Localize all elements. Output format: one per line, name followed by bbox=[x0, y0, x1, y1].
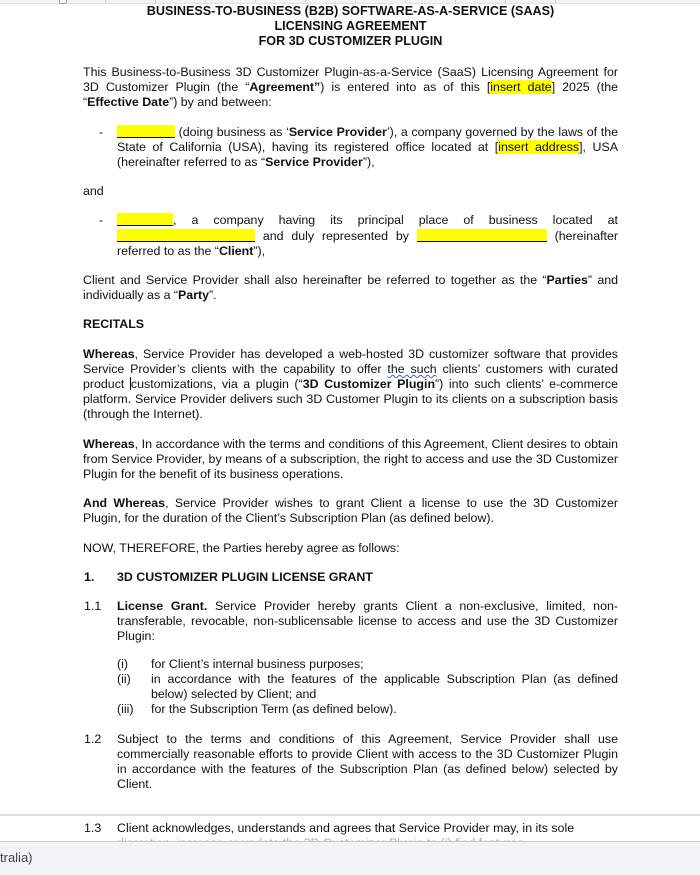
party-client: - , a company having its principal place… bbox=[83, 213, 618, 259]
defined-term: Service Provider bbox=[265, 155, 363, 169]
defined-term: Party bbox=[178, 288, 209, 302]
text: Client and Service Provider shall also h… bbox=[83, 273, 547, 287]
client-representative-blank[interactable] bbox=[417, 229, 547, 242]
title-line: LICENSING AGREEMENT bbox=[83, 19, 618, 34]
document-title: BUSINESS-TO-BUSINESS (B2B) SOFTWARE-AS-A… bbox=[83, 4, 618, 49]
recitals-heading: RECITALS bbox=[83, 317, 618, 332]
recital-lead: Whereas bbox=[83, 347, 135, 361]
ruler-tick bbox=[355, 0, 356, 3]
clause-1-1-list: (i) for Client’s internal business purpo… bbox=[83, 657, 618, 718]
provider-name-blank[interactable] bbox=[117, 125, 175, 138]
recital-lead: And Whereas bbox=[83, 496, 165, 510]
ruler-tick bbox=[555, 0, 556, 3]
section-number: 1. bbox=[84, 570, 94, 585]
clause-number: 1.2 bbox=[84, 732, 101, 747]
text: customizations, via a plugin (“ bbox=[131, 377, 303, 391]
list-item: (ii) in accordance with the features of … bbox=[117, 672, 618, 702]
clause-1-3: 1.3 Client acknowledges, understands and… bbox=[83, 821, 618, 842]
ruler-tick bbox=[255, 0, 256, 3]
ruler-tick bbox=[105, 0, 106, 3]
section-heading: 1. 3D CUSTOMIZER PLUGIN LICENSE GRANT bbox=[83, 570, 618, 585]
list-item: (iii) for the Subscription Term (as defi… bbox=[117, 702, 618, 717]
clause-1-1: 1.1 License Grant. Service Provider here… bbox=[83, 599, 618, 645]
clause-number: 1.3 bbox=[84, 821, 101, 836]
and-connector: and bbox=[83, 184, 618, 199]
text: , a company having its principal place o… bbox=[173, 213, 618, 227]
intro-paragraph: This Business-to-Business 3D Customizer … bbox=[83, 65, 618, 111]
text: Subject to the terms and conditions of t… bbox=[117, 732, 618, 793]
document-body[interactable]: BUSINESS-TO-BUSINESS (B2B) SOFTWARE-AS-A… bbox=[83, 4, 618, 792]
document-page-2[interactable]: 1.3 Client acknowledges, understands and… bbox=[0, 816, 700, 842]
title-line: BUSINESS-TO-BUSINESS (B2B) SOFTWARE-AS-A… bbox=[83, 4, 618, 19]
defined-term: Agreement” bbox=[249, 80, 320, 94]
ruler-tick bbox=[205, 0, 206, 3]
ruler-tick bbox=[305, 0, 306, 3]
document-body[interactable]: 1.3 Client acknowledges, understands and… bbox=[83, 821, 618, 842]
defined-term: Parties bbox=[547, 273, 588, 287]
party-service-provider: - (doing business as ‘Service Provider’)… bbox=[83, 125, 618, 171]
list-marker: (ii) bbox=[117, 672, 131, 687]
clause-1-2: 1.2 Subject to the terms and conditions … bbox=[83, 732, 618, 793]
list-item: (i) for Client’s internal business purpo… bbox=[117, 657, 618, 672]
client-address-blank[interactable] bbox=[117, 229, 255, 242]
clause-number: 1.1 bbox=[84, 599, 101, 614]
date-placeholder[interactable]: insert date bbox=[490, 80, 551, 94]
document-page[interactable]: BUSINESS-TO-BUSINESS (B2B) SOFTWARE-AS-A… bbox=[0, 4, 700, 814]
defined-term: Service Provider bbox=[289, 125, 387, 139]
text: ”), bbox=[253, 244, 265, 258]
text: ) is entered into as of this [ bbox=[320, 80, 490, 94]
address-placeholder[interactable]: insert address bbox=[498, 140, 579, 154]
text: Client acknowledges, understands and agr… bbox=[117, 821, 618, 836]
list-dash: - bbox=[99, 213, 103, 228]
recital-paragraph: Whereas, Service Provider has developed … bbox=[83, 347, 618, 423]
ruler-tick bbox=[455, 0, 456, 3]
text: , In accordance with the terms and condi… bbox=[83, 437, 618, 481]
text: and duly represented by bbox=[255, 229, 417, 243]
now-therefore: NOW, THEREFORE, the Parties hereby agree… bbox=[83, 541, 618, 556]
grammar-flag[interactable]: the such bbox=[387, 362, 436, 376]
section-title: 3D CUSTOMIZER PLUGIN LICENSE GRANT bbox=[117, 570, 373, 584]
ruler-tick bbox=[505, 0, 506, 3]
ruler-tick bbox=[405, 0, 406, 3]
text: ”. bbox=[209, 288, 217, 302]
ruler-tick bbox=[155, 0, 156, 3]
client-name-blank[interactable] bbox=[117, 213, 173, 226]
parties-paragraph: Client and Service Provider shall also h… bbox=[83, 273, 618, 303]
status-bar: tralia) bbox=[0, 842, 700, 875]
text: ”), bbox=[363, 155, 375, 169]
list-dash: - bbox=[99, 125, 103, 140]
text: for the Subscription Term (as defined be… bbox=[151, 702, 397, 716]
defined-term: Client bbox=[219, 244, 253, 258]
clause-title: License Grant. bbox=[117, 599, 207, 613]
text: in accordance with the features of the a… bbox=[151, 672, 618, 701]
list-marker: (iii) bbox=[117, 702, 134, 717]
recital-paragraph: Whereas, In accordance with the terms an… bbox=[83, 437, 618, 483]
recital-paragraph: And Whereas, Service Provider wishes to … bbox=[83, 496, 618, 526]
title-line: FOR 3D CUSTOMIZER PLUGIN bbox=[83, 34, 618, 49]
recital-lead: Whereas bbox=[83, 437, 135, 451]
defined-term: 3D Customizer Plugin bbox=[303, 377, 435, 391]
text: ”) by and between: bbox=[169, 95, 272, 109]
list-marker: (i) bbox=[117, 657, 128, 672]
text: (doing business as ‘ bbox=[175, 125, 289, 139]
language-indicator[interactable]: tralia) bbox=[0, 850, 33, 865]
defined-term: Effective Date bbox=[87, 95, 169, 109]
text: for Client’s internal business purposes; bbox=[151, 657, 364, 671]
